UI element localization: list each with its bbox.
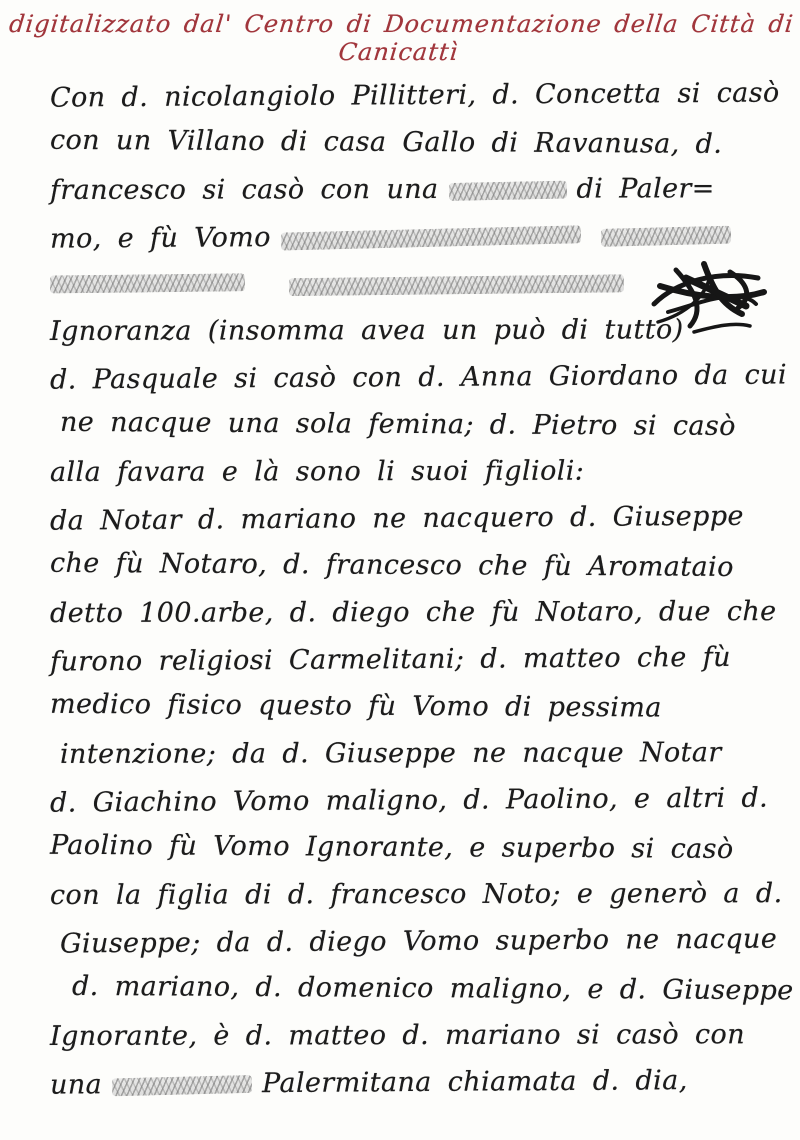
manuscript-line: d. mariano, d. domenico maligno, e d. Gi… [50, 963, 786, 1014]
manuscript-line: intenzione; da d. Giuseppe ne nacque Not… [50, 729, 786, 778]
ink-blot-scribble [646, 252, 774, 344]
manuscript-line: d. Giachino Vomo maligno, d. Paolino, e … [50, 774, 786, 826]
manuscript-line: da Notar d. mariano ne nacquero d. Giuse… [50, 492, 786, 544]
manuscript-line: francesco si casò con unadi Paler= [50, 165, 786, 214]
scratched-out-text [289, 274, 624, 296]
scratched-out-text [601, 225, 731, 246]
manuscript-line: d. Pasquale si casò con d. Anna Giordano… [50, 351, 786, 403]
scratched-out-text [112, 1074, 252, 1095]
manuscript-line: con la figlia di d. francesco Noto; e ge… [50, 870, 786, 919]
manuscript-line: unaPalermitana chiamata d. dia, [50, 1056, 786, 1108]
manuscript-line: detto 100.arbe, d. diego che fù Notaro, … [50, 588, 786, 637]
scratched-out-text [50, 273, 245, 293]
manuscript-body: Con d. nicolangiolo Pillitteri, d. Conce… [50, 72, 786, 1106]
manuscript-line: alla favara e là sono li suoi figlioli: [50, 447, 786, 496]
digitization-credit: digitalizzato dal' Centro di Documentazi… [0, 10, 800, 66]
manuscript-line: furono religiosi Carmelitani; d. matteo … [50, 633, 786, 685]
scratched-out-text [281, 225, 581, 250]
manuscript-line: Paolino fù Vomo Ignorante, e superbo si … [50, 822, 786, 873]
manuscript-line: Ignorante, è d. matteo d. mariano si cas… [50, 1011, 786, 1060]
manuscript-line: medico fisico questo fù Vomo di pessima [50, 681, 786, 732]
manuscript-line: Con d. nicolangiolo Pillitteri, d. Conce… [50, 69, 786, 121]
manuscript-line: che fù Notaro, d. francesco che fù Aroma… [50, 540, 786, 591]
scratched-out-text [448, 180, 566, 200]
manuscript-line: Giuseppe; da d. diego Vomo superbo ne na… [50, 915, 786, 967]
manuscript-line: con un Villano di casa Gallo di Ravanusa… [50, 117, 786, 168]
scanned-manuscript-page: digitalizzato dal' Centro di Documentazi… [0, 0, 800, 1140]
manuscript-line: ne nacque una sola femina; d. Pietro si … [50, 399, 786, 450]
